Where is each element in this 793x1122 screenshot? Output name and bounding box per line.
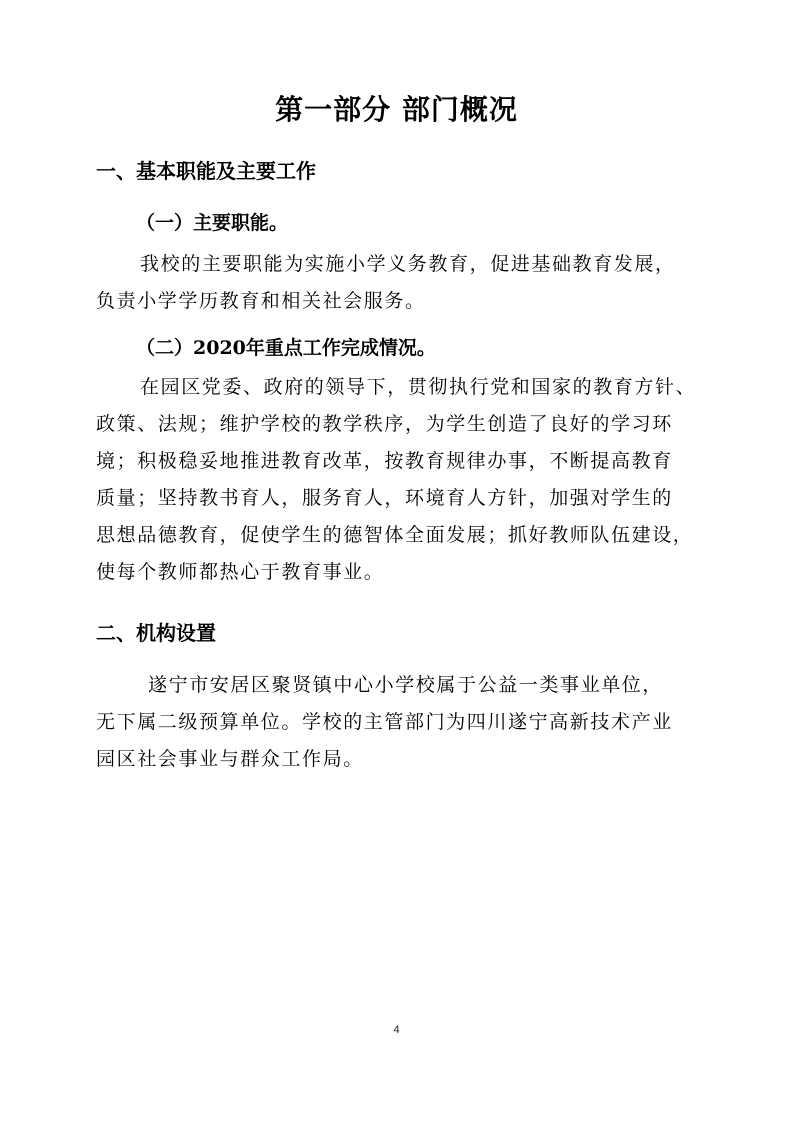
page-number: 4 [0, 1024, 793, 1036]
text-line: 使每个教师都热心于教育事业。 [96, 554, 702, 591]
subsection-heading-main-functions: （一）主要职能。 [136, 208, 288, 235]
text-line: 无下属二级预算单位。学校的主管部门为四川遂宁高新技术产业 [96, 704, 702, 741]
text-line: 我校的主要职能为实施小学义务教育，促进基础教育发展， [96, 246, 702, 283]
paragraph-2020-work: 在园区党委、政府的领导下，贯彻执行党和国家的教育方针、 政策、法规；维护学校的教… [96, 369, 702, 591]
text-line: 园区社会事业与群众工作局。 [96, 741, 702, 778]
text-line: 思想品德教育，促使学生的德智体全面发展；抓好教师队伍建设， [96, 517, 702, 554]
page-title: 第一部分 部门概况 [0, 88, 793, 128]
text-line: 遂宁市安居区聚贤镇中心小学校属于公益一类事业单位， [96, 667, 702, 704]
text-line: 质量；坚持教书育人，服务育人，环境育人方针，加强对学生的 [96, 480, 702, 517]
text-line: 政策、法规；维护学校的教学秩序，为学生创造了良好的学习环 [96, 406, 702, 443]
text-line: 负责小学学历教育和相关社会服务。 [96, 283, 702, 320]
paragraph-organization: 遂宁市安居区聚贤镇中心小学校属于公益一类事业单位， 无下属二级预算单位。学校的主… [96, 667, 702, 778]
paragraph-main-functions: 我校的主要职能为实施小学义务教育，促进基础教育发展， 负责小学学历教育和相关社会… [96, 246, 702, 320]
subsection-heading-2020-work: （二）2020年重点工作完成情况。 [136, 333, 436, 360]
section-heading-basic-functions: 一、基本职能及主要工作 [96, 155, 316, 184]
text-line: 境；积极稳妥地推进教育改革，按教育规律办事，不断提高教育 [96, 443, 702, 480]
text-line: 在园区党委、政府的领导下，贯彻执行党和国家的教育方针、 [96, 369, 702, 406]
section-heading-organization: 二、机构设置 [96, 617, 216, 646]
